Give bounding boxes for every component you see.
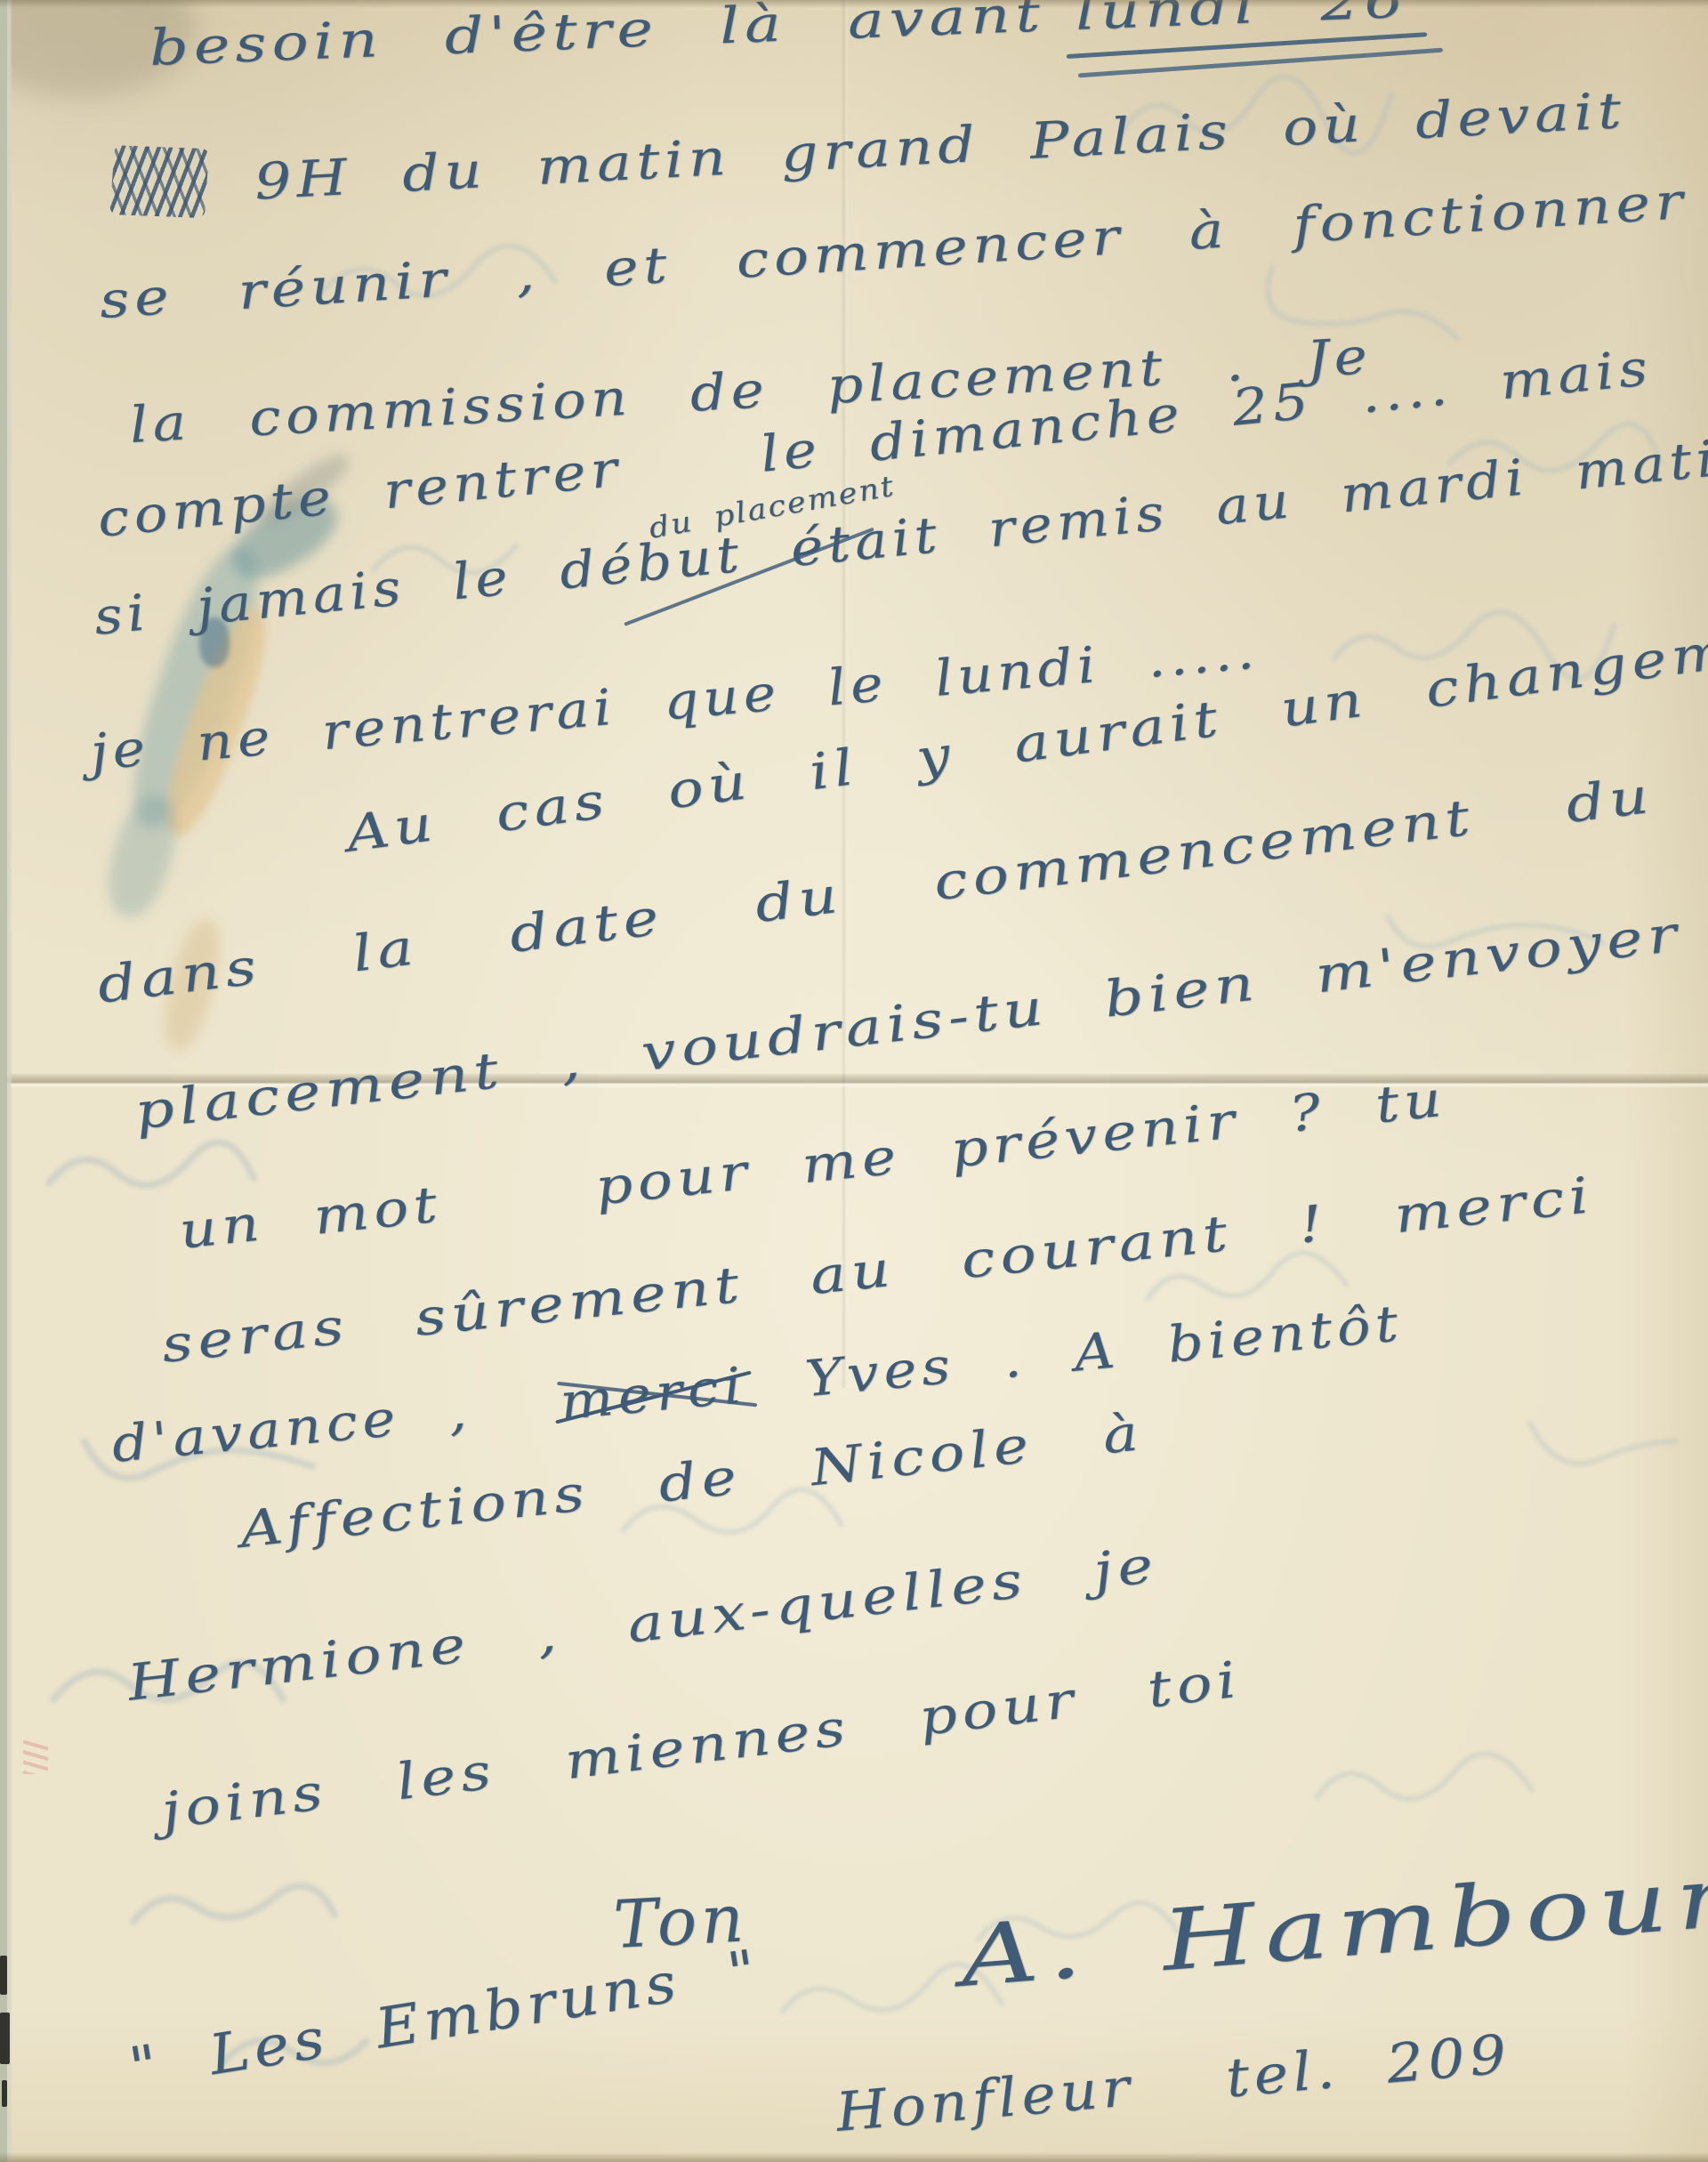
line-text: compte rentrer [95,440,625,548]
line-text: d'avance , [109,1383,474,1474]
scan-nick [0,2013,10,2064]
scan-edge-bottom [0,2152,1708,2162]
scan-edge-top [0,0,1708,8]
signature: A. Hambourg [957,1848,1708,2003]
place-and-phone: Honfleurtel. 209 [834,2027,1513,2142]
scratched-out-word [109,145,209,218]
scan-edge-left [0,0,12,2162]
letter-line-1: besoin d'être là avantlundi 26 [149,0,1409,76]
line-text: besoin d'être là avant [149,0,1046,77]
scan-nick [0,1956,7,1995]
scan-nick [2,2080,7,2107]
phone-number: tel. 209 [1223,2023,1513,2110]
house-name: " Les Embruns " [125,1940,764,2096]
line-text: un mot [177,1175,445,1261]
crossed-out-word: merci [558,1357,749,1432]
line-text: Yves . A bientôt [802,1295,1405,1408]
scanned-letter-page: besoin d'être là avantlundi 26 9H du mat… [0,0,1708,2162]
pink-mark [23,1740,48,1774]
place-name: Honfleur [834,2056,1137,2144]
